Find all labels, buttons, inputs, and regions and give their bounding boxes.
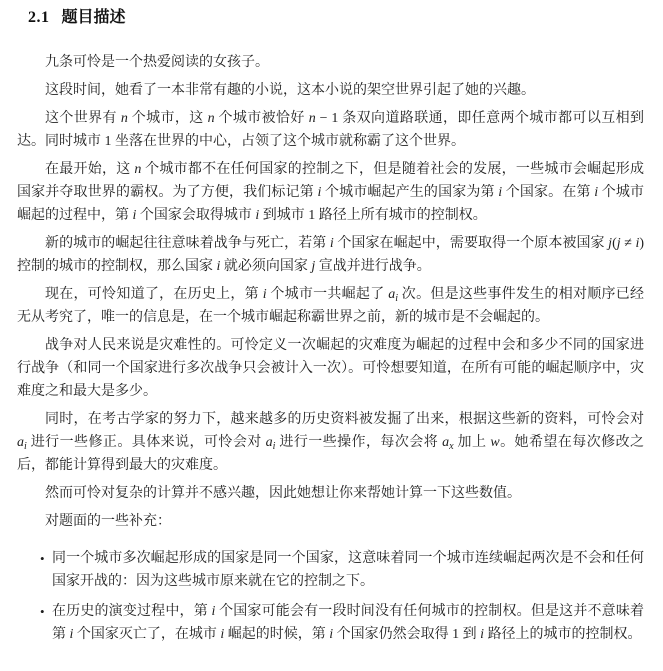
section-number: 2.1 <box>28 9 50 26</box>
section-title: 题目描述 <box>62 9 126 26</box>
paragraph: 这段时间，她看了一本非常有趣的小说，这本小说的架空世界引起了她的兴趣。 <box>17 79 644 102</box>
section-heading: 2.1题目描述 <box>28 8 644 28</box>
list-item-text: 在历史的演变过程中，第 i 个国家可能会有一段时间没有任何城市的控制权。但是这并… <box>52 604 644 642</box>
paragraph: 在最开始，这 n 个城市都不在任何国家的控制之下，但是随着社会的发展，一些城市会… <box>17 158 644 227</box>
problem-statement: 九条可怜是一个热爱阅读的女孩子。 这段时间，她看了一本非常有趣的小说，这本小说的… <box>17 51 644 533</box>
paragraph: 同时，在考古学家的努力下，越来越多的历史资料被发掘了出来，根据这些新的资料，可怜… <box>17 408 644 477</box>
list-item: • 在历史的演变过程中，第 i 个国家可能会有一段时间没有任何城市的控制权。但是… <box>52 600 644 646</box>
paragraph: 这个世界有 n 个城市，这 n 个城市被恰好 n − 1 条双向道路联通，即任意… <box>17 107 644 153</box>
document-page: 2.1题目描述 九条可怜是一个热爱阅读的女孩子。 这段时间，她看了一本非常有趣的… <box>0 0 663 671</box>
bullet-icon: • <box>40 600 45 623</box>
paragraph: 对题面的一些补充： <box>17 510 644 533</box>
list-item-text: 同一个城市多次崛起形成的国家是同一个国家，这意味着同一个城市连续崛起两次是不会和… <box>52 551 644 589</box>
paragraph: 新的城市的崛起往往意味着战争与死亡，若第 i 个国家在崛起中，需要取得一个原本被… <box>17 232 644 278</box>
paragraph: 现在，可怜知道了，在历史上，第 i 个城市一共崛起了 ai 次。但是这些事件发生… <box>17 283 644 329</box>
paragraph: 战争对人民来说是灾难性的。可怜定义一次崛起的灾难度为崛起的过程中会和多少不同的国… <box>17 334 644 403</box>
paragraph: 然而可怜对复杂的计算并不感兴趣，因此她想让你来帮她计算一下这些数值。 <box>17 482 644 505</box>
supplementary-notes-list: • 同一个城市多次崛起形成的国家是同一个国家，这意味着同一个城市连续崛起两次是不… <box>17 547 644 646</box>
paragraph: 九条可怜是一个热爱阅读的女孩子。 <box>17 51 644 74</box>
bullet-icon: • <box>40 547 45 570</box>
list-item: • 同一个城市多次崛起形成的国家是同一个国家，这意味着同一个城市连续崛起两次是不… <box>52 547 644 593</box>
